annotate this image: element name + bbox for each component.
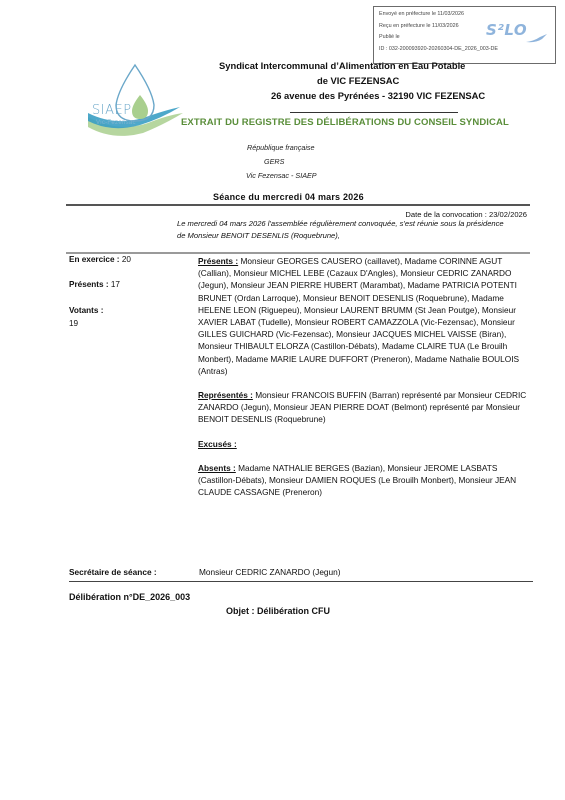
logo-name: SIAEP [92, 103, 132, 118]
secretaire-label: Secrétaire de séance : [69, 567, 157, 577]
votants-count-value-row: 19 [69, 319, 78, 328]
attendance-divider [66, 252, 530, 254]
presents-count: Présents : 17 [69, 280, 120, 289]
session-divider [66, 204, 530, 206]
s2lo-wing-icon [526, 34, 548, 44]
absents-list: Madame NATHALIE BERGES (Bazian), Monsieu… [198, 463, 516, 497]
votants-count-label: Votants : [69, 306, 103, 315]
stamp-id: ID : 032-200093920-20260304-DE_2026_003-… [379, 44, 550, 56]
collectivite-label: Vic Fezensac - SIAEP [246, 171, 317, 180]
secretaire-row: Secrétaire de séance : Monsieur CEDRIC Z… [69, 567, 533, 582]
presents-paragraph: Présents : Monsieur GEORGES CAUSERO (cai… [198, 255, 534, 377]
org-name: Syndicat Intercommunal d’Alimentation en… [219, 60, 465, 71]
header-divider [290, 112, 458, 113]
en-exercice-label: En exercice : [69, 255, 120, 264]
en-exercice-count: En exercice : 20 [69, 255, 131, 264]
excuses-paragraph: Excusés : [198, 438, 534, 450]
logo-subtitle: Vic-Fezensac [96, 120, 136, 126]
s2lo-logo-icon: S²LO [486, 25, 527, 37]
votants-count-value: 19 [69, 319, 78, 328]
representes-label: Représentés : [198, 390, 253, 400]
session-intro: Le mercredi 04 mars 2026 l'assemblée rég… [177, 218, 507, 242]
absents-label: Absents : [198, 463, 236, 473]
excuses-label: Excusés : [198, 439, 237, 449]
republique-label: République française [247, 143, 315, 152]
presents-list: Monsieur GEORGES CAUSERO (caillavet), Ma… [198, 256, 519, 376]
presents-label: Présents : [198, 256, 238, 266]
presents-count-label: Présents : [69, 280, 109, 289]
departement-label: GERS [264, 157, 284, 166]
registry-title: EXTRAIT DU REGISTRE DES DÉLIBÉRATIONS DU… [181, 117, 509, 128]
secretaire-value: Monsieur CEDRIC ZANARDO (Jegun) [199, 567, 341, 577]
representes-paragraph: Représentés : Monsieur FRANCOIS BUFFIN (… [198, 389, 534, 426]
absents-paragraph: Absents : Madame NATHALIE BERGES (Bazian… [198, 462, 534, 499]
stamp-sent-date: Envoyé en préfecture le 11/03/2026 [379, 9, 550, 21]
en-exercice-value: 20 [122, 255, 131, 264]
session-title: Séance du mercredi 04 mars 2026 [213, 192, 364, 202]
org-address: 26 avenue des Pyrénées - 32190 VIC FEZEN… [271, 90, 485, 101]
votants-count-label-row: Votants : [69, 306, 103, 315]
transmission-stamp: Envoyé en préfecture le 11/03/2026 Reçu … [373, 6, 556, 64]
org-location: de VIC FEZENSAC [317, 75, 399, 86]
deliberation-number: Délibération n°DE_2026_003 [69, 592, 190, 602]
attendance-details: Présents : Monsieur GEORGES CAUSERO (cai… [198, 255, 534, 510]
presents-count-value: 17 [111, 280, 120, 289]
deliberation-objet: Objet : Délibération CFU [226, 606, 330, 616]
